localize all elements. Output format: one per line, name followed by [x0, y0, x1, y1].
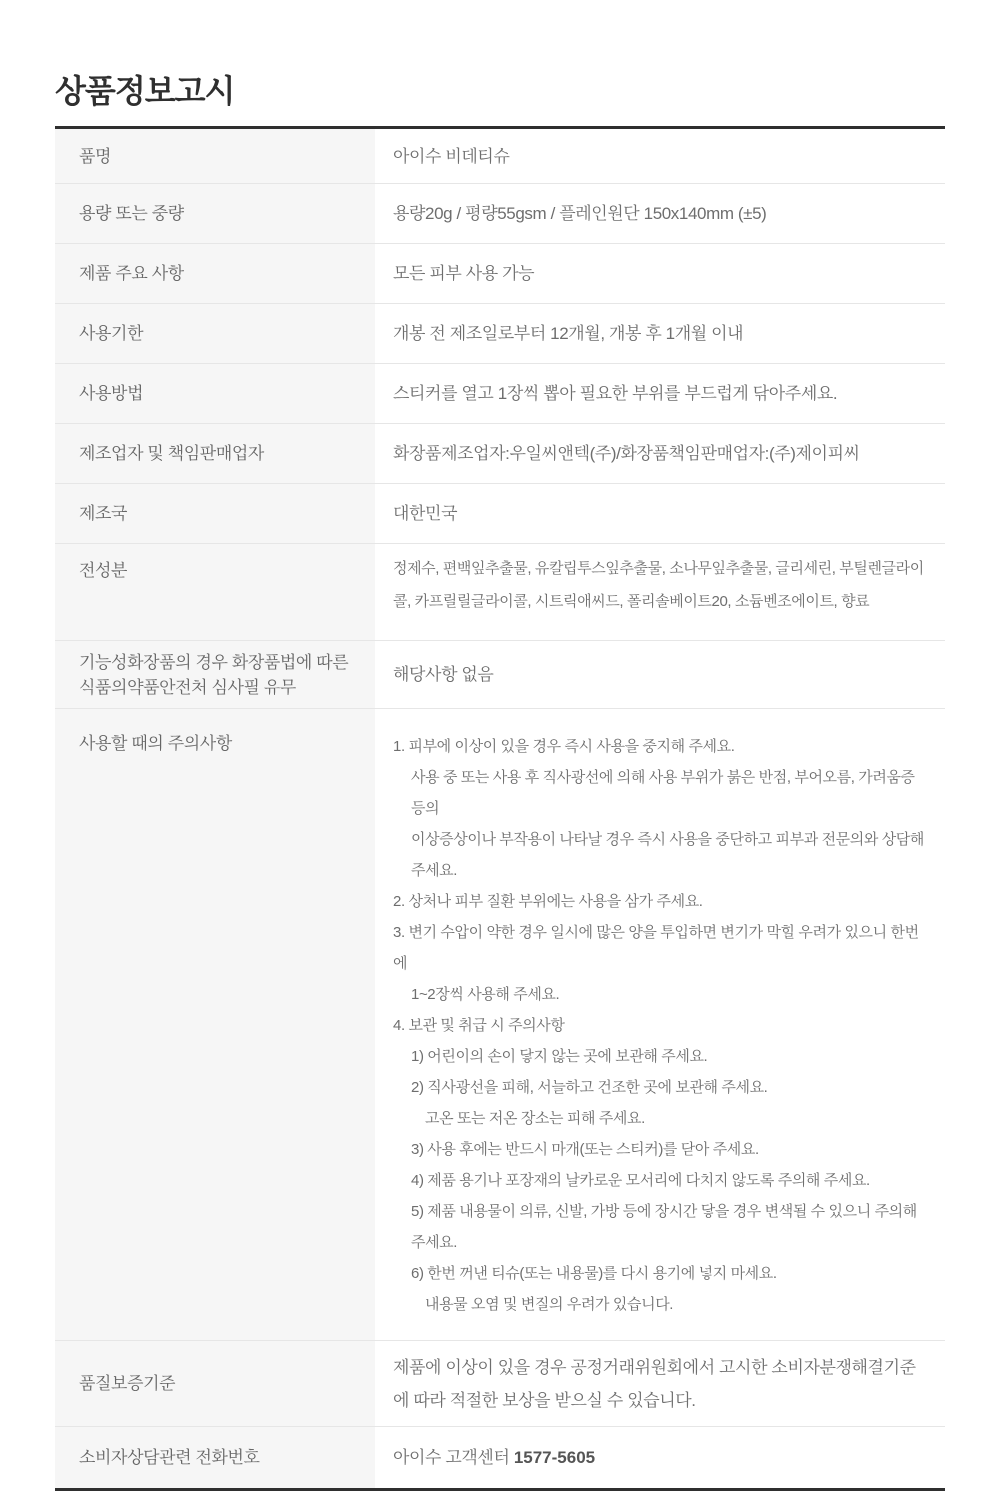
table-row-usage: 사용방법 스티커를 열고 1장씩 뽑아 필요한 부위를 부드럽게 닦아주세요.	[55, 363, 945, 423]
table-row-product-name: 품명 아이수 비데티슈	[55, 129, 945, 183]
row-label: 제조업자 및 책임판매업자	[55, 424, 375, 483]
table-row-manufacturer: 제조업자 및 책임판매업자 화장품제조업자:우일씨앤텍(주)/화장품책임판매업자…	[55, 423, 945, 483]
table-row-main-features: 제품 주요 사항 모든 피부 사용 가능	[55, 243, 945, 303]
caution-line: 3. 변기 수압이 약한 경우 일시에 많은 양을 투입하면 변기가 막힐 우려…	[393, 917, 929, 979]
caution-line: 고온 또는 저온 장소는 피해 주세요.	[393, 1103, 929, 1134]
caution-line: 1~2장씩 사용해 주세요.	[393, 979, 929, 1010]
caution-line: 6) 한번 꺼낸 티슈(또는 내용물)를 다시 용기에 넣지 마세요.	[393, 1258, 929, 1289]
row-value: 용량20g / 평량55gsm / 플레인원단 150x140mm (±5)	[375, 184, 945, 243]
row-value: 해당사항 없음	[375, 641, 945, 708]
row-value-text: 제품에 이상이 있을 경우 공정거래위원회에서 고시한 소비자분쟁해결기준에 따…	[393, 1351, 929, 1417]
caution-list: 1. 피부에 이상이 있을 경우 즉시 사용을 중지해 주세요.사용 중 또는 …	[393, 731, 929, 1320]
row-value-text: 아이수 고객센터 1577-5605	[393, 1445, 929, 1470]
row-value-text: 화장품제조업자:우일씨앤텍(주)/화장품책임판매업자:(주)제이피씨	[393, 441, 929, 466]
row-value-text: 대한민국	[393, 501, 929, 526]
table-row-quality-guarantee: 품질보증기준 제품에 이상이 있을 경우 공정거래위원회에서 고시한 소비자분쟁…	[55, 1340, 945, 1426]
product-info-table: 품명 아이수 비데티슈 용량 또는 중량 용량20g / 평량55gsm / 플…	[55, 126, 945, 1491]
row-label: 품질보증기준	[55, 1341, 375, 1426]
row-value: 대한민국	[375, 484, 945, 543]
caution-line: 사용 중 또는 사용 후 직사광선에 의해 사용 부위가 붉은 반점, 부어오름…	[393, 762, 929, 824]
table-row-cautions: 사용할 때의 주의사항 1. 피부에 이상이 있을 경우 즉시 사용을 중지해 …	[55, 708, 945, 1340]
row-value-text: 아이수 비데티슈	[393, 144, 929, 169]
table-row-ingredients: 전성분 정제수, 편백잎추출물, 유칼립투스잎추출물, 소나무잎추출물, 글리세…	[55, 543, 945, 640]
row-label: 제품 주요 사항	[55, 244, 375, 303]
row-label: 제조국	[55, 484, 375, 543]
caution-line: 2. 상처나 피부 질환 부위에는 사용을 삼가 주세요.	[393, 886, 929, 917]
row-label: 품명	[55, 129, 375, 183]
page-title: 상품정보고시	[55, 72, 945, 110]
row-label: 전성분	[55, 544, 375, 640]
row-value-text: 모든 피부 사용 가능	[393, 261, 929, 286]
row-value: 정제수, 편백잎추출물, 유칼립투스잎추출물, 소나무잎추출물, 글리세린, 부…	[375, 544, 945, 640]
row-value: 스티커를 열고 1장씩 뽑아 필요한 부위를 부드럽게 닦아주세요.	[375, 364, 945, 423]
caution-line: 이상증상이나 부작용이 나타날 경우 즉시 사용을 중단하고 피부과 전문의와 …	[393, 824, 929, 886]
table-row-functional-review: 기능성화장품의 경우 화장품법에 따른 식품의약품안전처 심사필 유무 해당사항…	[55, 640, 945, 708]
row-label: 용량 또는 중량	[55, 184, 375, 243]
row-label: 소비자상담관련 전화번호	[55, 1427, 375, 1488]
row-value-text: 개봉 전 제조일로부터 12개월, 개봉 후 1개월 이내	[393, 321, 929, 346]
table-row-country: 제조국 대한민국	[55, 483, 945, 543]
row-label: 사용방법	[55, 364, 375, 423]
caution-line: 1) 어린이의 손이 닿지 않는 곳에 보관해 주세요.	[393, 1041, 929, 1072]
caution-line: 5) 제품 내용물이 의류, 신발, 가방 등에 장시간 닿을 경우 변색될 수…	[393, 1196, 929, 1258]
row-value-text: 해당사항 없음	[393, 662, 929, 687]
caution-line: 내용물 오염 및 변질의 우려가 있습니다.	[393, 1289, 929, 1320]
row-value: 화장품제조업자:우일씨앤텍(주)/화장품책임판매업자:(주)제이피씨	[375, 424, 945, 483]
row-label: 기능성화장품의 경우 화장품법에 따른 식품의약품안전처 심사필 유무	[55, 641, 375, 708]
product-info-page: 상품정보고시 품명 아이수 비데티슈 용량 또는 중량 용량20g / 평량55…	[0, 0, 1000, 1410]
row-label: 사용할 때의 주의사항	[55, 709, 375, 1340]
customer-center-label: 아이수 고객센터	[393, 1448, 514, 1467]
row-value: 제품에 이상이 있을 경우 공정거래위원회에서 고시한 소비자분쟁해결기준에 따…	[375, 1341, 945, 1426]
caution-line: 4. 보관 및 취급 시 주의사항	[393, 1010, 929, 1041]
caution-line: 2) 직사광선을 피해, 서늘하고 건조한 곳에 보관해 주세요.	[393, 1072, 929, 1103]
row-value: 모든 피부 사용 가능	[375, 244, 945, 303]
row-value-text: 스티커를 열고 1장씩 뽑아 필요한 부위를 부드럽게 닦아주세요.	[393, 381, 929, 406]
row-value: 아이수 고객센터 1577-5605	[375, 1427, 945, 1488]
table-row-expiration: 사용기한 개봉 전 제조일로부터 12개월, 개봉 후 1개월 이내	[55, 303, 945, 363]
customer-center-phone-number: 1577-5605	[514, 1448, 595, 1467]
caution-line: 1. 피부에 이상이 있을 경우 즉시 사용을 중지해 주세요.	[393, 731, 929, 762]
row-value-text: 용량20g / 평량55gsm / 플레인원단 150x140mm (±5)	[393, 201, 929, 226]
row-value: 1. 피부에 이상이 있을 경우 즉시 사용을 중지해 주세요.사용 중 또는 …	[375, 709, 945, 1340]
table-row-capacity: 용량 또는 중량 용량20g / 평량55gsm / 플레인원단 150x140…	[55, 183, 945, 243]
row-value-text: 정제수, 편백잎추출물, 유칼립투스잎추출물, 소나무잎추출물, 글리세린, 부…	[393, 552, 929, 618]
table-row-customer-service: 소비자상담관련 전화번호 아이수 고객센터 1577-5605	[55, 1426, 945, 1488]
row-value: 아이수 비데티슈	[375, 129, 945, 183]
caution-line: 4) 제품 용기나 포장재의 날카로운 모서리에 다치지 않도록 주의해 주세요…	[393, 1165, 929, 1196]
row-label: 사용기한	[55, 304, 375, 363]
caution-line: 3) 사용 후에는 반드시 마개(또는 스티커)를 닫아 주세요.	[393, 1134, 929, 1165]
row-value: 개봉 전 제조일로부터 12개월, 개봉 후 1개월 이내	[375, 304, 945, 363]
